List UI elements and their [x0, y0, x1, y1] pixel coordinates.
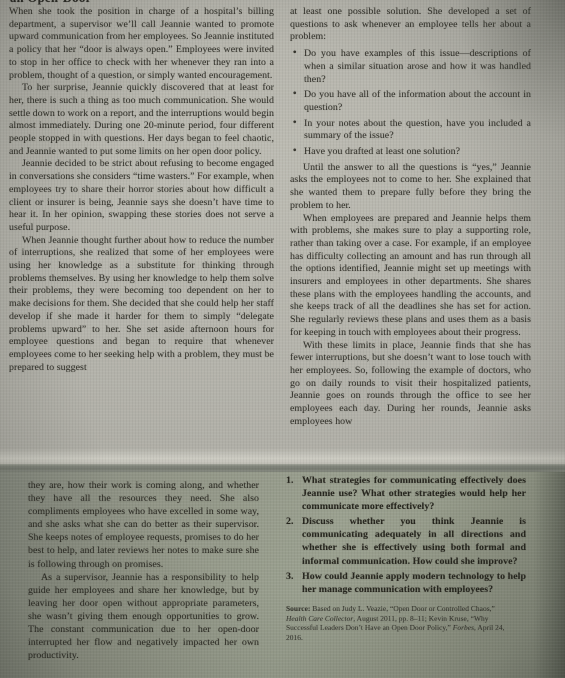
case-question: 3. How could Jeannie apply modern techno… — [286, 570, 526, 596]
page-top-section: an Open-Door When she took the position … — [0, 0, 565, 464]
question-text: Discuss whether you think Jeannie is com… — [302, 515, 526, 567]
bullet-text: In your notes about the question, have y… — [304, 118, 531, 142]
question-number: 2. — [286, 515, 298, 567]
case-paragraph: Jeannie decided to be strict about refus… — [9, 158, 274, 234]
question-number: 1. — [286, 474, 298, 513]
bottom-left-column: they are, how their work is coming along… — [28, 479, 259, 662]
bottom-right-column: 1. What strategies for communicating eff… — [286, 474, 526, 643]
bullet-text: Do you have examples of this issue—descr… — [304, 48, 531, 84]
source-note: Source: Based on Judy L. Veazie, “Open D… — [286, 604, 512, 643]
case-paragraph: When Jeannie thought further about how t… — [9, 235, 274, 375]
bullet-text: Do you have all of the information about… — [304, 89, 531, 113]
case-bullet-item: Have you drafted at least one solution? — [304, 146, 531, 159]
case-paragraph: When she took the position in charge of … — [9, 6, 274, 82]
case-paragraph: When employees are prepared and Jeannie … — [290, 213, 531, 340]
question-checklist: Do you have examples of this issue—descr… — [290, 48, 531, 159]
case-question: 2. Discuss whether you think Jeannie is … — [286, 515, 526, 567]
case-paragraph: Until the answer to all the questions is… — [290, 162, 531, 213]
textbook-page-photo: an Open-Door When she took the position … — [0, 0, 565, 678]
page-bottom-section: they are, how their work is coming along… — [0, 472, 565, 678]
case-bullet-item: Do you have examples of this issue—descr… — [304, 48, 531, 86]
case-paragraph: at least one possible solution. She deve… — [290, 6, 531, 44]
source-citation-text: Based on Judy L. Veazie, “Open Door or C… — [310, 604, 494, 613]
source-journal-title: Health Care Collector — [286, 614, 353, 623]
source-journal-title: Forbes — [453, 623, 474, 632]
case-paragraph: As a supervisor, Jeannie has a responsib… — [28, 571, 259, 663]
page-fold-seam — [0, 464, 565, 472]
question-text: How could Jeannie apply modern technolog… — [302, 570, 526, 596]
top-left-column: When she took the position in charge of … — [9, 6, 274, 374]
bullet-text: Have you drafted at least one solution? — [304, 146, 460, 157]
case-paragraph: To her surprise, Jeannie quickly discove… — [9, 82, 274, 158]
case-question: 1. What strategies for communicating eff… — [286, 474, 526, 513]
question-number: 3. — [286, 570, 298, 596]
case-bullet-item: Do you have all of the information about… — [304, 89, 531, 114]
source-label: Source: — [286, 604, 310, 613]
question-text: What strategies for communicating effect… — [302, 474, 526, 513]
case-paragraph: they are, how their work is coming along… — [28, 479, 259, 571]
case-paragraph: With these limits in place, Jeannie find… — [290, 340, 531, 429]
top-right-column: at least one possible solution. She deve… — [290, 6, 531, 429]
case-bullet-item: In your notes about the question, have y… — [304, 118, 531, 143]
